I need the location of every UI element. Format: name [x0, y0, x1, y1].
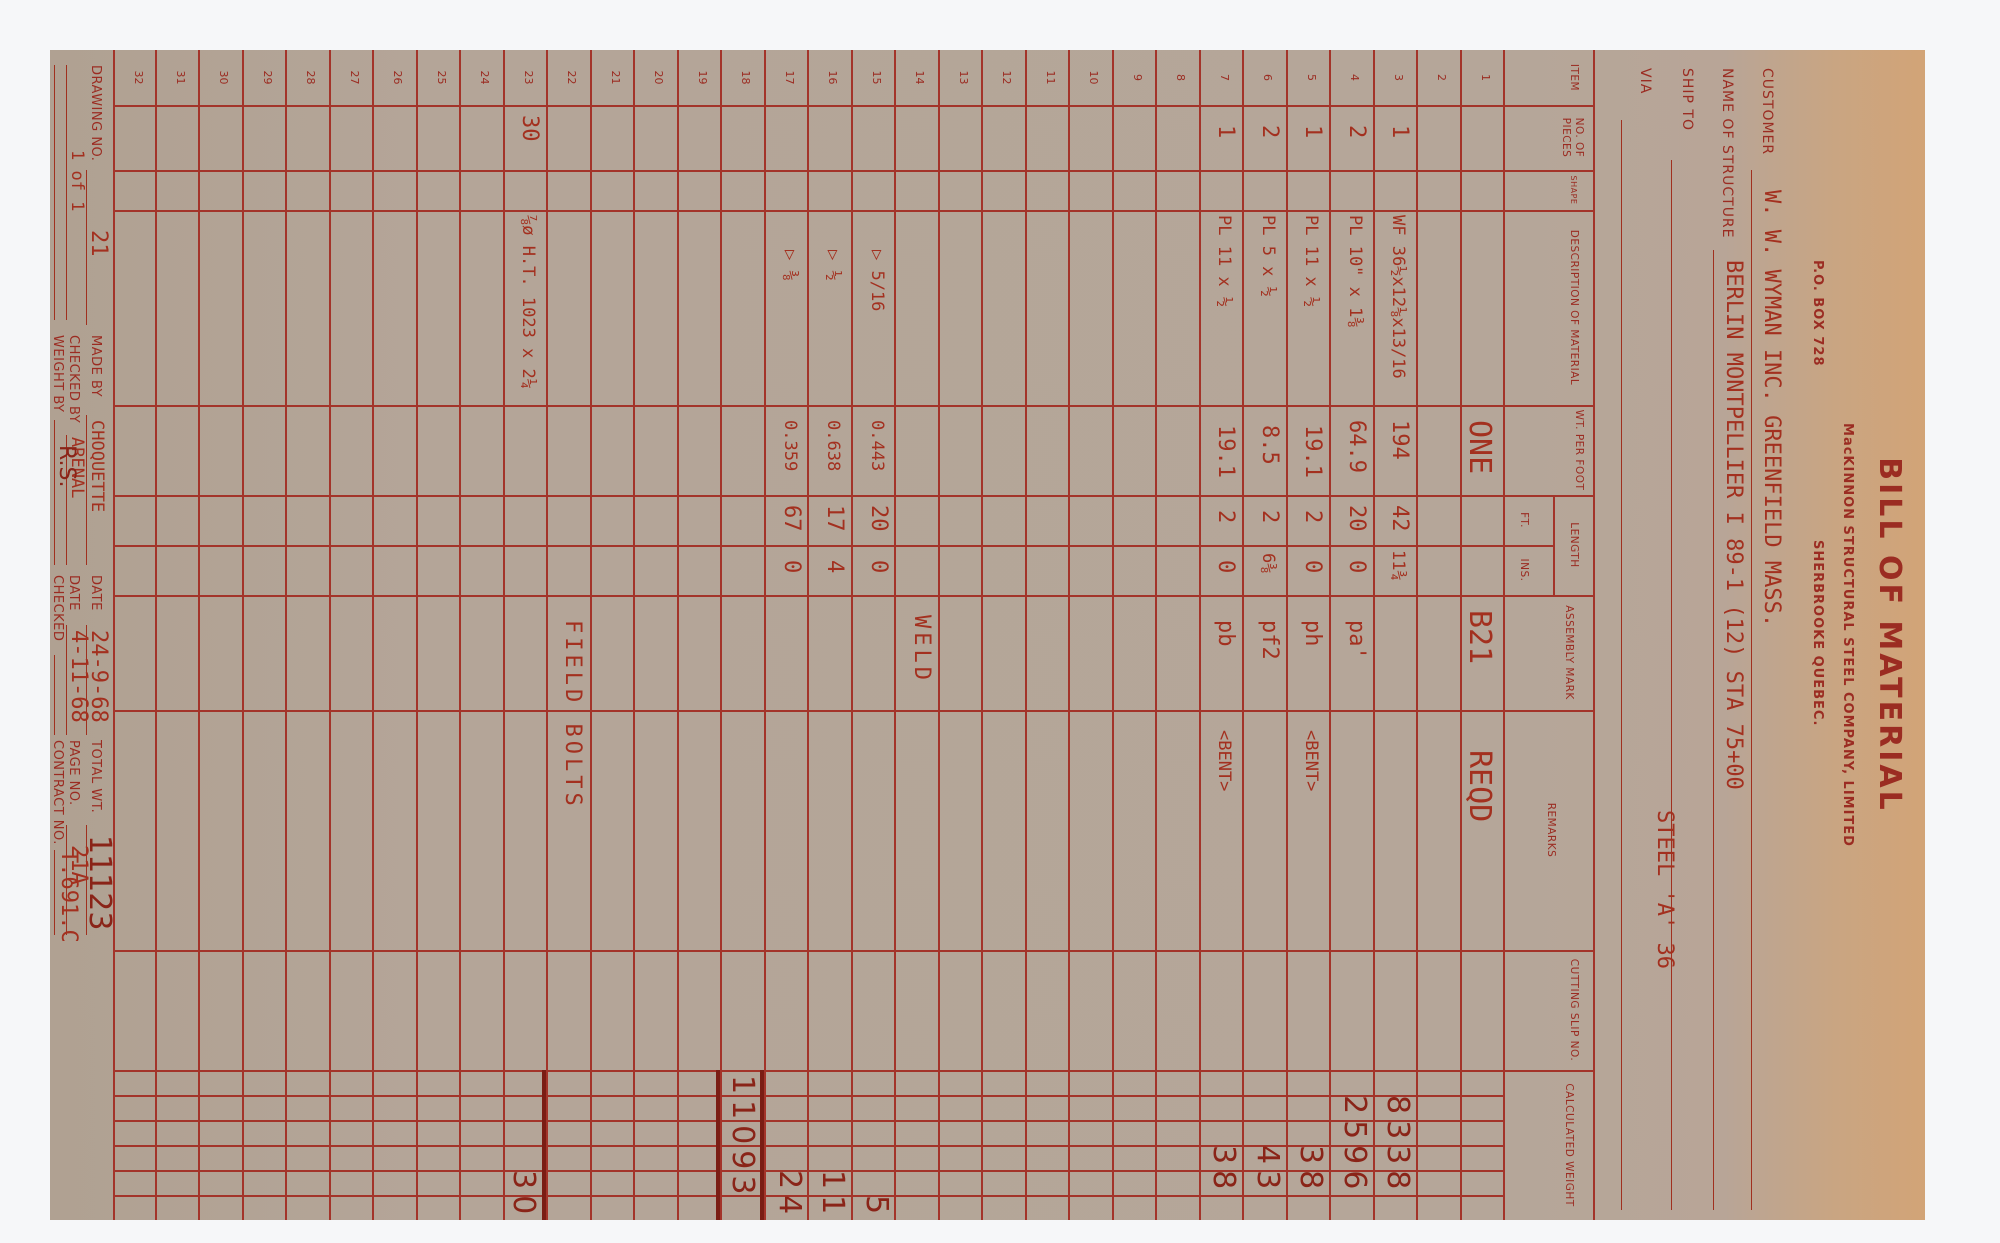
row-line	[243, 50, 245, 1220]
row-number: 12	[1000, 50, 1013, 105]
row-number: 2	[1435, 50, 1448, 105]
item-length-ft: 20	[866, 505, 891, 532]
item-length-ft: 2	[1300, 510, 1325, 523]
checked-by-label: CHECKED BY	[66, 335, 81, 423]
weight-by-value: R.S.	[54, 445, 79, 487]
row-number: 26	[391, 50, 404, 105]
item-weight: 38	[1293, 1145, 1328, 1195]
item-weight: 11	[815, 1170, 850, 1220]
document-title: BILL OF MATERIAL	[1872, 50, 1907, 1220]
subtotal-weight: 11093	[725, 1075, 760, 1200]
row-line	[1287, 50, 1289, 1220]
item-pieces: 2	[1344, 125, 1369, 138]
drawing-no-label: DRAWING NO.	[88, 65, 103, 161]
field-bolts-label: FIELD BOLTS	[560, 620, 585, 810]
checked-label: CHECKED	[50, 575, 65, 641]
weight-digit-divider	[115, 1120, 1505, 1122]
item-wt-per-foot: 0.638	[823, 420, 843, 471]
item-length-ins: 4	[822, 560, 847, 573]
date-label-2: DATE	[66, 575, 81, 611]
row-number: 11	[1044, 50, 1057, 105]
subtotal-rule	[760, 1070, 764, 1220]
row-line	[1200, 50, 1202, 1220]
item-pieces: 2	[1257, 125, 1282, 138]
item-assembly-mark: pb	[1213, 620, 1238, 647]
item-description: ▷ ½	[823, 250, 843, 281]
structure-field: BERLIN MONTPELLIER I 89-1 (12) STA 75+00	[1713, 250, 1742, 1210]
weight-by-field: R.S.	[54, 420, 65, 565]
row-line	[1026, 50, 1028, 1220]
row-line	[591, 50, 593, 1220]
item-pieces: 30	[517, 115, 542, 142]
item-assembly-mark: pf2	[1257, 620, 1282, 660]
row-line	[460, 50, 462, 1220]
item-description: PL 10" x 1⅜	[1345, 215, 1365, 328]
row-number: 9	[1131, 50, 1144, 105]
item-wt-per-foot: 8.5	[1257, 425, 1282, 465]
date-field-2: 4-11-68	[66, 625, 85, 735]
row-line	[1330, 50, 1332, 1220]
item-weight: 2596	[1337, 1095, 1372, 1195]
steel-grade: STEEL 'A' 36	[1652, 810, 1677, 969]
item-wt-per-foot: 19.1	[1213, 425, 1238, 478]
row-line	[852, 50, 854, 1220]
customer-label: CUSTOMER	[1759, 68, 1775, 155]
via-field	[1621, 120, 1640, 1210]
col-assembly-mark: ASSEMBLY MARK	[1562, 595, 1575, 710]
row-number: 18	[739, 50, 752, 105]
item-description: PL 5 x ½	[1258, 215, 1278, 297]
contract-no-field: T.691.C	[54, 850, 65, 935]
item-description: ⅞ø H.T. 1023 x 2¼	[518, 215, 538, 389]
ship-to-label: SHIP TO	[1679, 68, 1695, 131]
col-ins: INS.	[1517, 545, 1530, 595]
assembly-mark-main: B21	[1462, 610, 1497, 664]
row-number: 4	[1348, 50, 1361, 105]
col-remarks: REMARKS	[1544, 710, 1557, 950]
row-number: 17	[783, 50, 796, 105]
item-length-ft: 2	[1257, 510, 1282, 523]
item-length-ft: 67	[779, 505, 804, 532]
row-number: 31	[174, 50, 187, 105]
total-wt-label: TOTAL WT.	[88, 740, 103, 813]
row-number: 14	[913, 50, 926, 105]
sheet-field: 1 of 1	[66, 65, 85, 320]
item-weight: 24	[772, 1170, 807, 1220]
company-name: MacKINNON STRUCTURAL STEEL COMPANY, LIMI…	[1840, 50, 1855, 1220]
company-city: SHERBROOKE QUEBEC.	[1810, 540, 1825, 726]
structure-label: NAME OF STRUCTURE	[1719, 68, 1735, 239]
item-remarks: <BENT>	[1214, 730, 1234, 791]
item-description: ▷ ⅜	[780, 250, 800, 281]
row-line	[765, 50, 767, 1220]
row-number: 22	[565, 50, 578, 105]
item-length-ins: 0	[1300, 560, 1325, 573]
ship-to-field	[1671, 160, 1700, 1210]
row-number: 21	[609, 50, 622, 105]
col-divider	[115, 545, 1555, 547]
contract-no-label: CONTRACT NO.	[50, 740, 65, 845]
item-pieces: 1	[1300, 125, 1325, 138]
row-line	[678, 50, 680, 1220]
item-length-ins: 6⅜	[1258, 553, 1278, 573]
row-line	[417, 50, 419, 1220]
item-length-ins: 0	[1344, 560, 1369, 573]
row-number: 5	[1305, 50, 1318, 105]
row-number: 29	[261, 50, 274, 105]
col-ft: FT.	[1517, 495, 1530, 545]
via-label: VIA	[1637, 68, 1653, 94]
item-length-ft: 20	[1344, 505, 1369, 532]
col-cutting-slip: CUTTING SLIP NO.	[1567, 950, 1580, 1070]
weight-digit-divider	[115, 1095, 1505, 1097]
item-description: PL 11 x ½	[1214, 215, 1234, 307]
row-number: 23	[522, 50, 535, 105]
row-line	[1113, 50, 1115, 1220]
row-line	[808, 50, 810, 1220]
row-number: 7	[1218, 50, 1231, 105]
item-weight: 30	[506, 1170, 541, 1220]
total-rule	[542, 1070, 546, 1220]
item-wt-per-foot: 0.359	[780, 420, 800, 471]
drawing-no-field: 21	[86, 170, 107, 325]
col-length: LENGTH	[1567, 495, 1580, 595]
structure-value: BERLIN MONTPELLIER I 89-1 (12) STA 75+00	[1721, 260, 1746, 790]
row-line	[1374, 50, 1376, 1220]
row-line	[286, 50, 288, 1220]
row-line	[895, 50, 897, 1220]
col-shape: SHAPE	[1567, 170, 1580, 210]
item-weight: 8338	[1380, 1095, 1415, 1195]
sheet-value: 1 of 1	[67, 150, 87, 211]
remarks-main: REQD	[1462, 750, 1497, 822]
item-description: WF 36½x12⅛x13/16	[1388, 215, 1408, 379]
table-top-border	[1594, 50, 1596, 1220]
item-assembly-mark: pa'	[1344, 620, 1369, 660]
item-length-ft: 17	[822, 505, 847, 532]
item-length-ft: 42	[1387, 505, 1412, 532]
row-line	[1417, 50, 1419, 1220]
item-wt-per-foot: 19.1	[1300, 425, 1325, 478]
row-line	[156, 50, 158, 1220]
subtotal-rule	[716, 1070, 720, 1220]
row-line	[373, 50, 375, 1220]
item-weight: 5	[859, 1195, 894, 1214]
row-line	[547, 50, 549, 1220]
row-number: 27	[348, 50, 361, 105]
item-remarks: <BENT>	[1301, 730, 1321, 791]
row-line	[504, 50, 506, 1220]
row-number: 25	[435, 50, 448, 105]
row-number: 19	[696, 50, 709, 105]
item-length-ins: 0	[866, 560, 891, 573]
col-item: ITEM	[1567, 50, 1580, 105]
row-number: 8	[1174, 50, 1187, 105]
row-line	[721, 50, 723, 1220]
bill-of-material-document: BILL OF MATERIAL MacKINNON STRUCTURAL ST…	[50, 50, 1925, 1220]
blank-field	[54, 65, 65, 320]
item-description: ▷ 5/16	[867, 250, 887, 311]
row-number: 10	[1087, 50, 1100, 105]
row-number: 13	[957, 50, 970, 105]
made-by-field: CHOQUETTE	[86, 415, 107, 565]
date-label-1: DATE	[88, 575, 103, 611]
item-weight: 38	[1206, 1145, 1241, 1195]
checked-field	[54, 655, 65, 735]
item-length-ins: 0	[1213, 560, 1238, 573]
contract-no-value: T.691.C	[56, 850, 81, 943]
row-number: 24	[478, 50, 491, 105]
item-length-ins: 11¾	[1388, 550, 1408, 581]
item-assembly-mark: ph	[1300, 620, 1325, 647]
row-line	[199, 50, 201, 1220]
row-number: 28	[304, 50, 317, 105]
item-description: PL 11 x ½	[1301, 215, 1321, 307]
made-by-label: MADE BY	[88, 335, 103, 397]
date-value-2: 4-11-68	[66, 630, 91, 723]
col-wt-per-foot: WT. PER FOOT	[1572, 405, 1585, 495]
row-number: 1	[1479, 50, 1492, 105]
drawing-no-value: 21	[86, 230, 111, 257]
item-length-ft: 2	[1213, 510, 1238, 523]
item-wt-per-foot: 64.9	[1344, 420, 1369, 473]
item-weight: 43	[1250, 1145, 1285, 1195]
row-line	[939, 50, 941, 1220]
row-line	[1243, 50, 1245, 1220]
table-bottom-border	[114, 50, 116, 1220]
col-description: DESCRIPTION OF MATERIAL	[1567, 210, 1580, 405]
item-length-ins: 0	[779, 560, 804, 573]
header-bottom-border	[1504, 50, 1506, 1220]
row-number: 30	[217, 50, 230, 105]
row-number: 6	[1261, 50, 1274, 105]
weight-by-label: WEIGHT BY	[50, 335, 65, 412]
weight-digit-divider	[115, 1195, 1505, 1197]
row-number: 20	[652, 50, 665, 105]
row-line	[1156, 50, 1158, 1220]
row-number: 15	[870, 50, 883, 105]
item-wt-per-foot: 194	[1387, 420, 1412, 460]
item-wt-per-foot: 0.443	[867, 420, 887, 471]
col-calculated-weight: CALCULATED WEIGHT	[1562, 1070, 1575, 1220]
one-label: ONE	[1462, 420, 1497, 474]
row-line	[634, 50, 636, 1220]
po-box: P.O. BOX 728	[1810, 260, 1825, 367]
row-number: 32	[132, 50, 145, 105]
row-number: 3	[1392, 50, 1405, 105]
row-number: 16	[826, 50, 839, 105]
customer-value: W. W. WYMAN INC. GREENFIELD MASS.	[1759, 190, 1784, 627]
item-pieces: 1	[1387, 125, 1412, 138]
row-line	[982, 50, 984, 1220]
customer-field: W. W. WYMAN INC. GREENFIELD MASS.	[1751, 170, 1780, 1210]
item-pieces: 1	[1213, 125, 1238, 138]
made-by-value: CHOQUETTE	[87, 420, 107, 512]
weld-label: WELD	[909, 615, 934, 684]
col-pieces: NO. OF PIECES	[1559, 105, 1585, 170]
page-no-label: PAGE NO.	[66, 740, 81, 806]
row-line	[330, 50, 332, 1220]
row-line	[1069, 50, 1071, 1220]
